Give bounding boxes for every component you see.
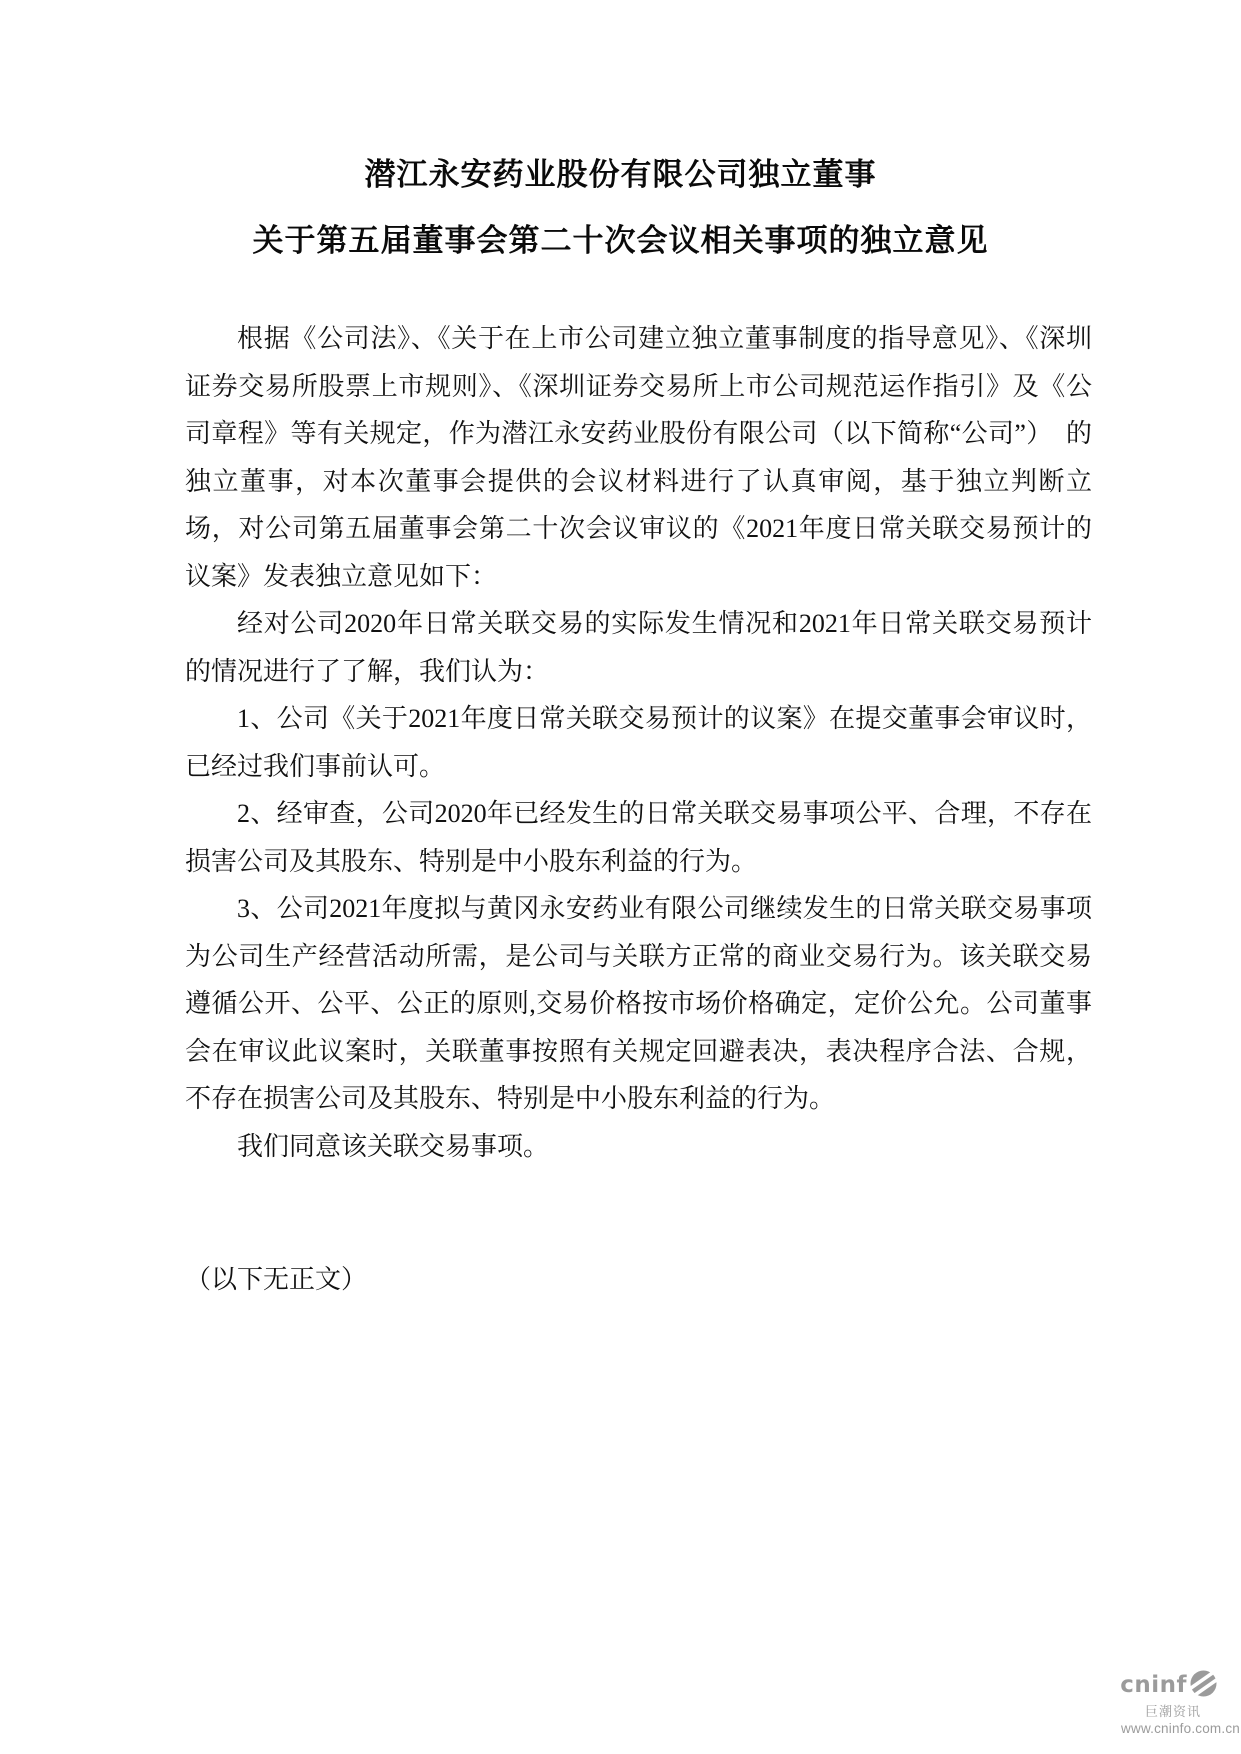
cninfo-logo: cninf 巨潮资讯 www.cninfo.com.cn bbox=[1120, 1669, 1240, 1736]
title-line-1: 潜江永安药业股份有限公司独立董事 bbox=[0, 0, 1241, 195]
body-paragraph-3: 1、公司《关于2021年度日常关联交易预计的议案》在提交董事会审议时，已经过我们… bbox=[185, 695, 1092, 790]
cninfo-url: www.cninfo.com.cn bbox=[1120, 1722, 1240, 1736]
cninf-wordmark: cninf bbox=[1120, 1674, 1187, 1697]
document-body: 根据《公司法》、《关于在上市公司建立独立董事制度的指导意见》、《深圳证券交易所股… bbox=[185, 315, 1092, 1304]
title-line-2: 关于第五届董事会第二十次会议相关事项的独立意见 bbox=[0, 221, 1241, 261]
body-paragraph-4: 2、经审查，公司2020年已经发生的日常关联交易事项公平、合理，不存在损害公司及… bbox=[185, 790, 1092, 885]
cninfo-logo-row: cninf bbox=[1120, 1669, 1217, 1702]
cninfo-swoosh-icon bbox=[1190, 1669, 1217, 1702]
body-paragraph-2: 经对公司2020年日常关联交易的实际发生情况和2021年日常关联交易预计的情况进… bbox=[185, 600, 1092, 695]
body-paragraph-1: 根据《公司法》、《关于在上市公司建立独立董事制度的指导意见》、《深圳证券交易所股… bbox=[185, 315, 1092, 600]
cninfo-brand-cn: 巨潮资讯 bbox=[1120, 1705, 1201, 1718]
document-page: 潜江永安药业股份有限公司独立董事 关于第五届董事会第二十次会议相关事项的独立意见… bbox=[0, 0, 1241, 1754]
body-paragraph-5: 3、公司2021年度拟与黄冈永安药业有限公司继续发生的日常关联交易事项为公司生产… bbox=[185, 885, 1092, 1123]
body-paragraph-6: 我们同意该关联交易事项。 bbox=[185, 1123, 1092, 1171]
closing-note: （以下无正文） bbox=[185, 1256, 1092, 1304]
